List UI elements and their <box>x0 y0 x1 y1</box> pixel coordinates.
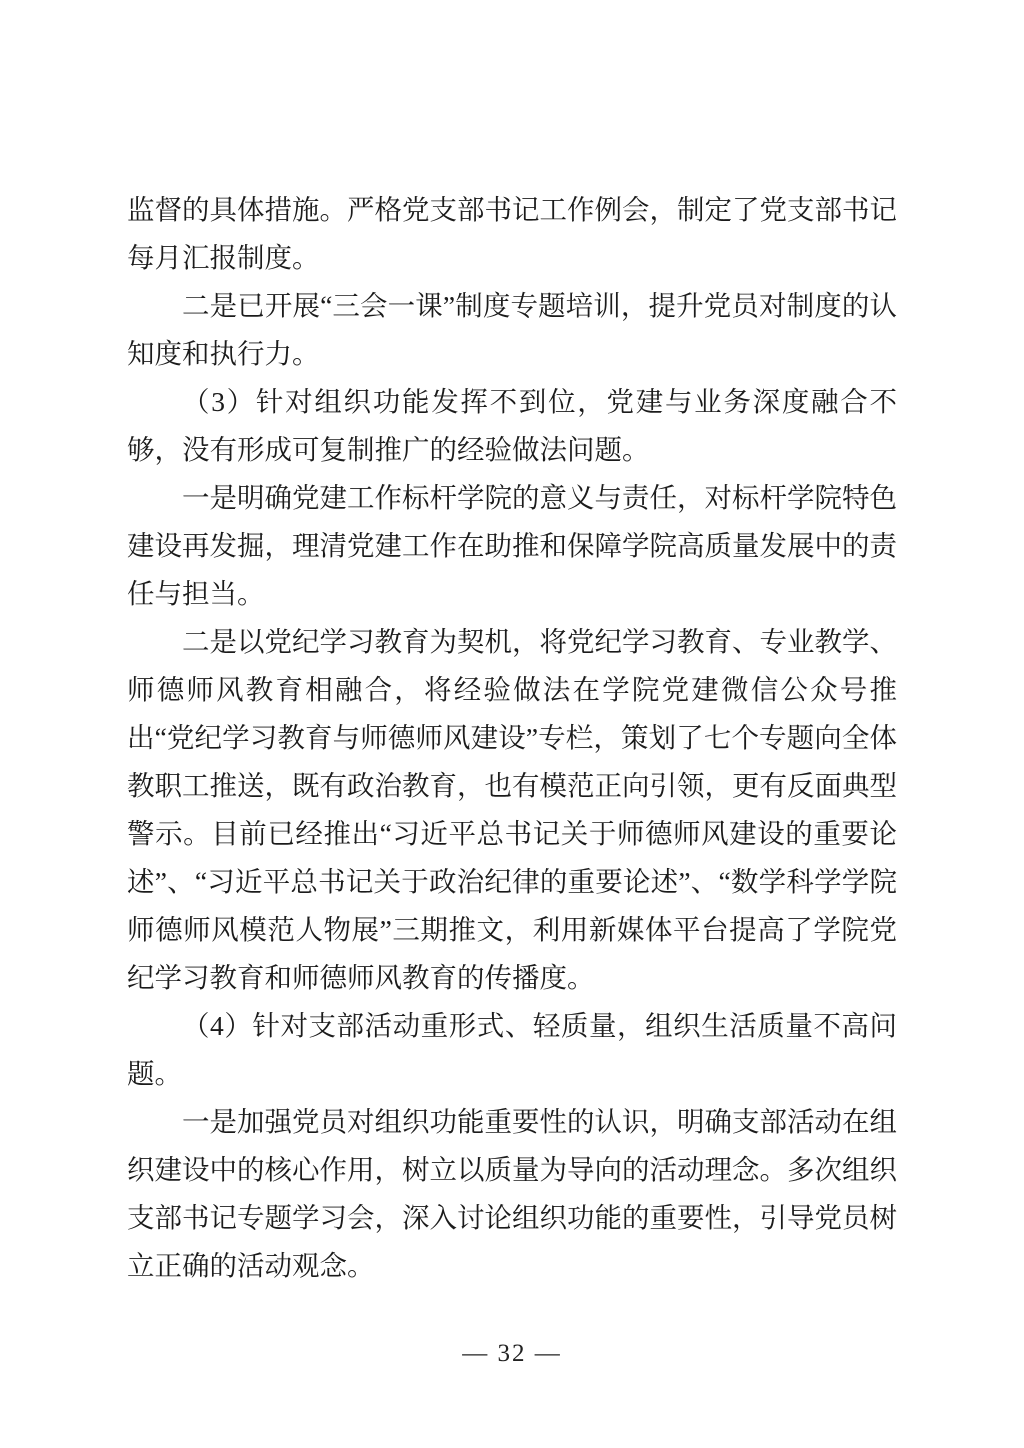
paragraph: 监督的具体措施。严格党支部书记工作例会，制定了党支部书记每月汇报制度。 <box>127 186 897 282</box>
paragraph: 一是明确党建工作标杆学院的意义与责任，对标杆学院特色建设再发掘，理清党建工作在助… <box>127 474 897 618</box>
paragraph: 一是加强党员对组织功能重要性的认识，明确支部活动在组织建设中的核心作用，树立以质… <box>127 1098 897 1290</box>
page-number: — 32 — <box>0 1340 1024 1368</box>
document-page: 监督的具体措施。严格党支部书记工作例会，制定了党支部书记每月汇报制度。 二是已开… <box>0 0 1024 1448</box>
paragraph: （3）针对组织功能发挥不到位，党建与业务深度融合不够，没有形成可复制推广的经验做… <box>127 378 897 474</box>
paragraph: 二是已开展“三会一课”制度专题培训，提升党员对制度的认知度和执行力。 <box>127 282 897 378</box>
page-body: 监督的具体措施。严格党支部书记工作例会，制定了党支部书记每月汇报制度。 二是已开… <box>127 186 897 1290</box>
paragraph: （4）针对支部活动重形式、轻质量，组织生活质量不高问题。 <box>127 1002 897 1098</box>
paragraph: 二是以党纪学习教育为契机，将党纪学习教育、专业教学、师德师风教育相融合，将经验做… <box>127 618 897 1002</box>
